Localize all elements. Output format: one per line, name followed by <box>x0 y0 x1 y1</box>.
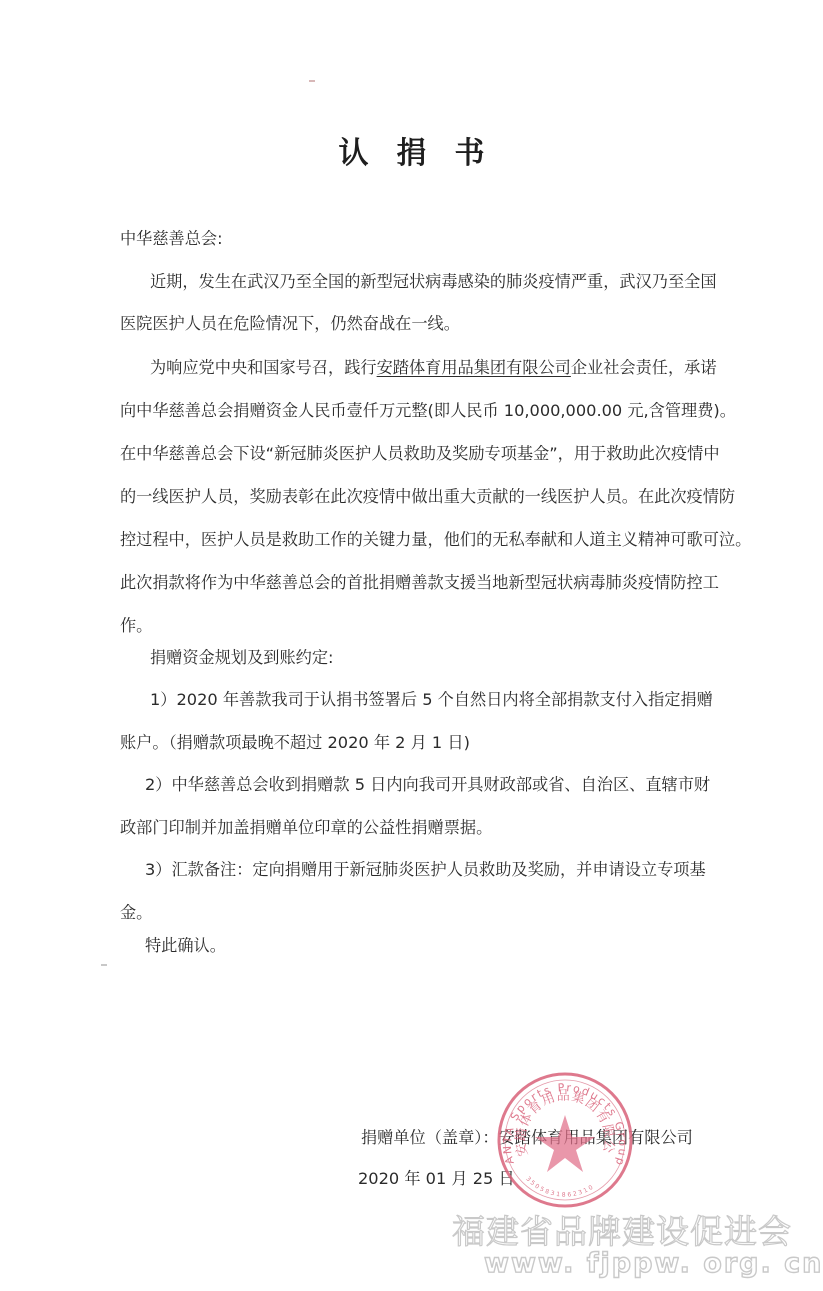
paragraph-2-line-1: 为响应党中央和国家号召，践行安踏体育用品集团有限公司企业社会责任，承诺 <box>150 357 717 379</box>
salutation: 中华慈善总会: <box>120 228 223 250</box>
donor-company-underlined: 安踏体育用品集团有限公司 <box>377 358 571 377</box>
signature-date: 2020 年 01 月 25 日 <box>358 1168 515 1190</box>
company-seal-stamp: ANTA Sports Products Group Co., Ltd. 安踏体… <box>496 1071 634 1209</box>
signature-label: 捐赠单位（盖章）： <box>361 1128 499 1147</box>
scanned-document-page: 认捐书 中华慈善总会: 近期，发生在武汉乃至全国的新型冠状病毒感染的肺炎疫情严重… <box>0 0 823 1291</box>
paragraph-2-line-2: 向中华慈善总会捐赠资金人民币壹仟万元整(即人民币 10,000,000.00 元… <box>120 400 736 422</box>
seal-star-icon <box>535 1115 595 1172</box>
item-1-line-1: 1）2020 年善款我司于认捐书签署后 5 个自然日内将全部捐款支付入指定捐赠 <box>150 689 713 711</box>
document-title: 认捐书 <box>0 128 823 172</box>
paragraph-2-line-5: 控过程中，医护人员是救助工作的关键力量，他们的无私奉献和人道主义精神可歌可泣。 <box>120 529 751 551</box>
paragraph-1-line-1: 近期，发生在武汉乃至全国的新型冠状病毒感染的肺炎疫情严重，武汉乃至全国 <box>150 271 717 293</box>
scan-speck <box>309 80 315 82</box>
closing-statement: 特此确认。 <box>145 935 226 957</box>
seal-serial-number: 3505831862310 <box>524 1175 596 1198</box>
paragraph-2-post-text: 企业社会责任，承诺 <box>571 358 717 377</box>
scan-speck <box>101 964 107 966</box>
paragraph-1-line-2: 医院医护人员在危险情况下，仍然奋战在一线。 <box>120 313 460 335</box>
watermark-url: www. fjppw. org. cn <box>484 1248 823 1279</box>
item-1-line-2: 账户。（捐赠款项最晚不超过 2020 年 2 月 1 日) <box>120 732 470 754</box>
paragraph-2-line-6: 此次捐款将作为中华慈善总会的首批捐赠善款支援当地新型冠状病毒肺炎疫情防控工 <box>120 572 719 594</box>
item-2-line-1: 2）中华慈善总会收到捐赠款 5 日内向我司开具财政部或省、自治区、直辖市财 <box>145 774 710 796</box>
paragraph-2-line-7: 作。 <box>120 615 152 637</box>
paragraph-2-line-3: 在中华慈善总会下设“新冠肺炎医护人员救助及奖励专项基金”，用于救助此次疫情中 <box>120 443 720 465</box>
funding-plan-heading: 捐赠资金规划及到账约定: <box>150 647 334 669</box>
paragraph-2-line-4: 的一线医护人员，奖励表彰在此次疫情中做出重大贡献的一线医护人员。在此次疫情防 <box>120 486 735 508</box>
paragraph-2-pre-text: 为响应党中央和国家号召，践行 <box>150 358 377 377</box>
svg-text:3505831862310: 3505831862310 <box>524 1175 596 1198</box>
item-3-line-2: 金。 <box>120 902 152 924</box>
item-3-line-1: 3）汇款备注：定向捐赠用于新冠肺炎医护人员救助及奖励，并申请设立专项基 <box>145 859 706 881</box>
watermark-organization: 福建省品牌建设促进会 <box>452 1206 792 1253</box>
item-2-line-2: 政部门印制并加盖捐赠单位印章的公益性捐赠票据。 <box>120 817 492 839</box>
